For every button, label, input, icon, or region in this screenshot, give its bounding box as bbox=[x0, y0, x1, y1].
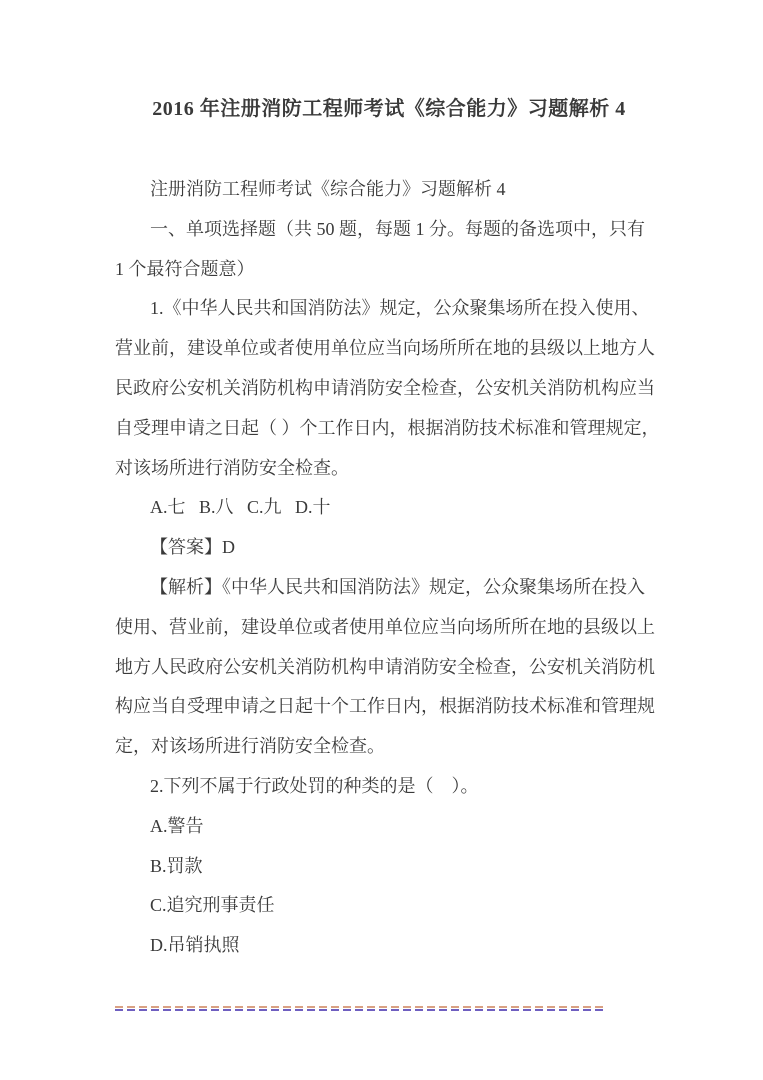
section-header: 一、单项选择题（共 50 题，每题 1 分。每题的备选项中，只有 1 个最符合题… bbox=[115, 210, 663, 290]
question-2-option-a: A.警告 bbox=[115, 807, 663, 847]
document-subtitle: 注册消防工程师考试《综合能力》习题解析 4 bbox=[115, 170, 663, 210]
question-1-options-line: A.七 B.八 C.九 D.十 bbox=[115, 488, 663, 528]
question-2-option-c: C.追究刑事责任 bbox=[115, 886, 663, 926]
question-1: 1.《中华人民共和国消防法》规定，公众聚集场所在投入使用、 营业前，建设单位或者… bbox=[115, 289, 663, 767]
question-2: 2.下列不属于行政处罚的种类的是（ ）。 A.警告 B.罚款 C.追究刑事责任 … bbox=[115, 767, 663, 966]
divider-dash-top bbox=[115, 1006, 607, 1008]
document-title: 2016 年注册消防工程师考试《综合能力》习题解析 4 bbox=[115, 96, 663, 123]
question-1-answer: 【答案】D bbox=[115, 528, 663, 568]
section-divider bbox=[115, 1006, 607, 1011]
question-1-analysis: 【解析】《中华人民共和国消防法》规定，公众聚集场所在投入 使用、营业前，建设单位… bbox=[115, 568, 663, 767]
divider-dash-bottom bbox=[115, 1009, 607, 1011]
question-1-stem: 1.《中华人民共和国消防法》规定，公众聚集场所在投入使用、 营业前，建设单位或者… bbox=[115, 289, 663, 488]
document-page: 2016 年注册消防工程师考试《综合能力》习题解析 4 注册消防工程师考试《综合… bbox=[0, 0, 763, 1080]
question-2-stem: 2.下列不属于行政处罚的种类的是（ ）。 bbox=[115, 767, 663, 807]
question-2-option-b: B.罚款 bbox=[115, 847, 663, 887]
question-2-option-d: D.吊销执照 bbox=[115, 926, 663, 966]
